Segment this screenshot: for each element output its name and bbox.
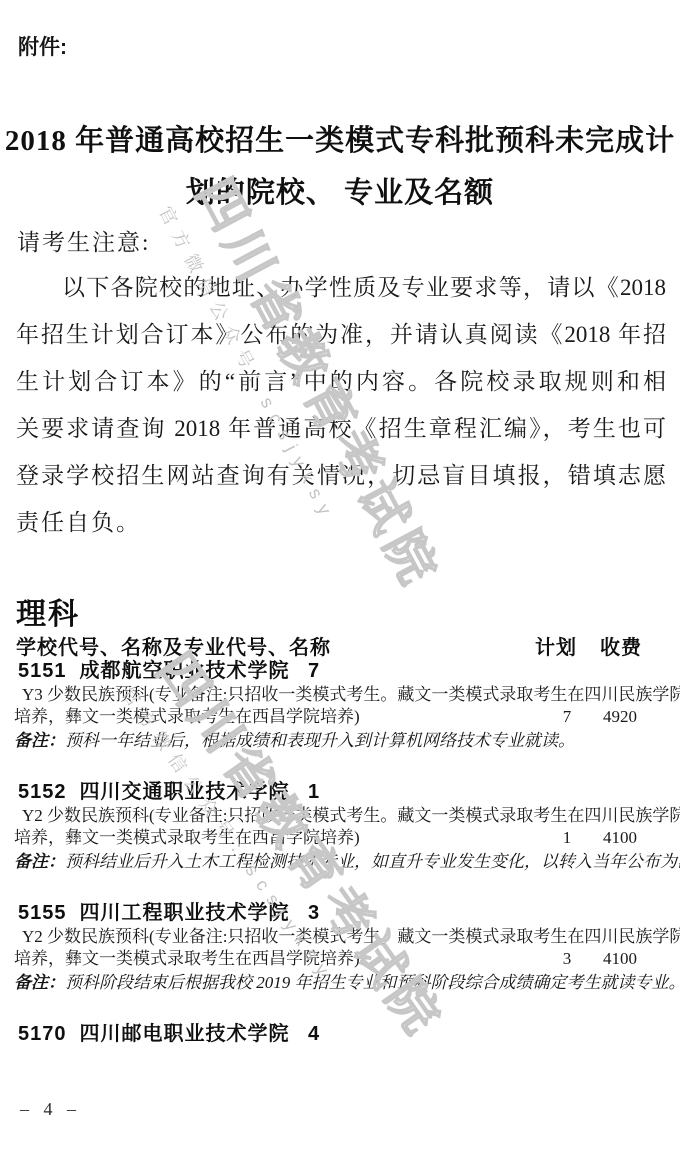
school-code: 5151	[18, 660, 67, 682]
major-description-line1: Y2 少数民族预科(专业备注:只招收一类模式考生。藏文一类模式录取考生在四川民族…	[14, 805, 667, 827]
title-line-1: 2018 年普通高校招生一类模式专科批预科未完成计	[0, 115, 680, 167]
school-code: 5152	[18, 781, 67, 803]
school-title-row: 5170四川邮电职业技术学院 4	[14, 1022, 667, 1047]
school-code: 5170	[18, 1023, 67, 1045]
plan-value: 1	[552, 827, 582, 849]
school-plan-count: 4	[308, 1022, 319, 1047]
school-entry: 5151成都航空职业技术学院 7 Y3 少数民族预科(专业备注:只招收一类模式考…	[14, 659, 667, 753]
remark-row: 备注：预科结业后升入土木工程检测技术专业，如直升专业发生变化，以转入当年公布为准…	[14, 849, 667, 874]
attachment-label: 附件:	[18, 31, 67, 61]
column-header-school: 学校代号、名称及专业代号、名称	[16, 637, 331, 659]
school-name: 成都航空职业技术学院	[80, 660, 290, 682]
school-title-row: 5155四川工程职业技术学院 3	[14, 901, 667, 926]
paragraph-line: 年招生计划合订本》公布的为准，并请认真阅读《2018 年招	[16, 311, 666, 358]
major-description-text: 培养，彝文一类模式录取考生在西昌学院培养)	[14, 828, 360, 847]
remark-text: 预科一年结业后，根据成绩和表现升入到计算机网络技术专业就读。	[65, 731, 575, 750]
school-entry: 5170四川邮电职业技术学院 4	[14, 1022, 667, 1047]
school-name: 四川邮电职业技术学院	[80, 1023, 290, 1045]
school-plan-count: 3	[308, 901, 319, 926]
major-description-line2: 培养，彝文一类模式录取考生在西昌学院培养) 7 4920	[14, 706, 667, 728]
major-description-line2: 培养，彝文一类模式录取考生在西昌学院培养) 3 4100	[14, 948, 667, 970]
school-list: 5151成都航空职业技术学院 7 Y3 少数民族预科(专业备注:只招收一类模式考…	[14, 659, 667, 1074]
remark-row: 备注：预科一年结业后，根据成绩和表现升入到计算机网络技术专业就读。	[14, 728, 667, 753]
remark-text: 预科阶段结束后根据我校 2019 年招生专业和预科阶段综合成绩确定考生就读专业。	[65, 973, 680, 992]
paragraph-line: 生计划合订本》的“前言”中的内容。各院校录取规则和相	[16, 358, 666, 405]
page-number: – 4 –	[20, 1099, 81, 1120]
school-title-row: 5152四川交通职业技术学院 1	[14, 780, 667, 805]
remark-label: 备注：	[14, 731, 65, 750]
school-name: 四川交通职业技术学院	[80, 781, 290, 803]
major-description-line1: Y3 少数民族预科(专业备注:只招收一类模式考生。藏文一类模式录取考生在四川民族…	[14, 684, 667, 706]
title-line-2: 划的院校、 专业及名额	[0, 167, 680, 219]
plan-value: 7	[552, 706, 582, 728]
school-plan-count: 1	[308, 780, 319, 805]
table-header: 学校代号、名称及专业代号、名称 计划 收费	[16, 636, 666, 660]
section-heading-science: 理科	[16, 589, 80, 633]
school-name: 四川工程职业技术学院	[80, 902, 290, 924]
major-description-text: 培养，彝文一类模式录取考生在西昌学院培养)	[14, 949, 360, 968]
fee-value: 4920	[594, 706, 646, 728]
document-title: 2018 年普通高校招生一类模式专科批预科未完成计 划的院校、 专业及名额	[0, 115, 680, 219]
paragraph-line: 关要求请查询 2018 年普通高校《招生章程汇编》，考生也可	[16, 405, 666, 452]
notice-heading: 请考生注意:	[17, 224, 150, 257]
remark-row: 备注：预科阶段结束后根据我校 2019 年招生专业和预科阶段综合成绩确定考生就读…	[14, 970, 667, 995]
school-title-row: 5151成都航空职业技术学院 7	[14, 659, 667, 684]
school-plan-count: 7	[308, 659, 319, 684]
paragraph-line: 以下各院校的地址、办学性质及专业要求等，请以《2018	[16, 264, 666, 311]
major-description-line1: Y2 少数民族预科(专业备注:只招收一类模式考生。藏文一类模式录取考生在四川民族…	[14, 926, 667, 948]
paragraph-line: 责任自负。	[16, 499, 666, 546]
fee-value: 4100	[594, 827, 646, 849]
column-header-plan: 计划	[533, 636, 579, 660]
column-header-fee: 收费	[597, 636, 645, 660]
remark-label: 备注：	[14, 852, 65, 871]
paragraph-line: 登录学校招生网站查询有关情况，切忌盲目填报，错填志愿	[16, 452, 666, 499]
notice-paragraph: 以下各院校的地址、办学性质及专业要求等，请以《2018 年招生计划合订本》公布的…	[16, 264, 666, 546]
school-code: 5155	[18, 902, 67, 924]
fee-value: 4100	[594, 948, 646, 970]
plan-value: 3	[552, 948, 582, 970]
major-description-text: 培养，彝文一类模式录取考生在西昌学院培养)	[14, 707, 360, 726]
remark-text: 预科结业后升入土木工程检测技术专业，如直升专业发生变化，以转入当年公布为准。	[65, 852, 680, 871]
major-description-line2: 培养，彝文一类模式录取考生在西昌学院培养) 1 4100	[14, 827, 667, 849]
document-page: 附件: 2018 年普通高校招生一类模式专科批预科未完成计 划的院校、 专业及名…	[0, 0, 680, 1155]
school-entry: 5155四川工程职业技术学院 3 Y2 少数民族预科(专业备注:只招收一类模式考…	[14, 901, 667, 995]
school-entry: 5152四川交通职业技术学院 1 Y2 少数民族预科(专业备注:只招收一类模式考…	[14, 780, 667, 874]
remark-label: 备注：	[14, 973, 65, 992]
